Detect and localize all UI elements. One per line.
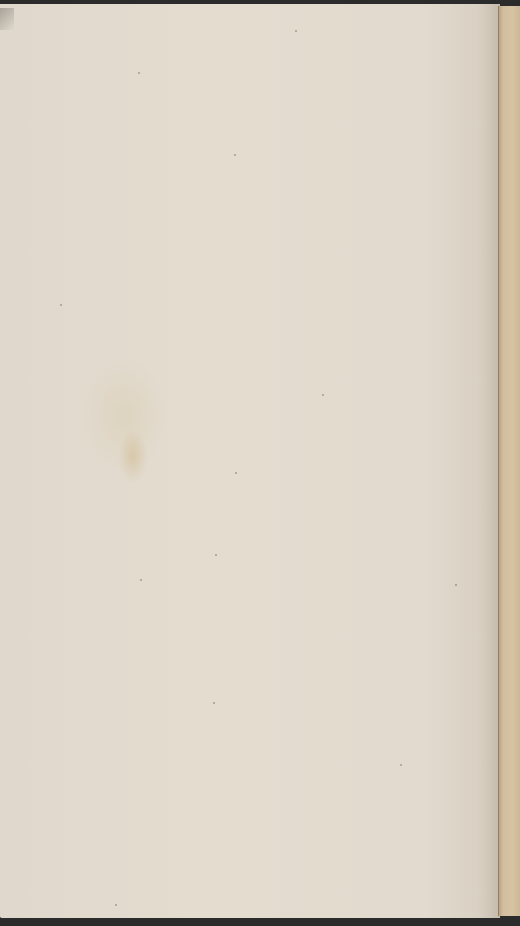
paper-speck [400,764,402,766]
adjacent-page-edge [498,6,520,916]
paper-speck [60,304,62,306]
paper-speck [115,904,117,906]
scan-background [0,0,520,926]
paper-speck [215,554,217,556]
paper-speck [455,584,457,586]
paper-speck [235,472,237,474]
paper-speck [322,394,324,396]
page-corner [0,8,14,30]
paper-stain [118,429,148,484]
paper-speck [138,72,140,74]
paper-speck [234,154,236,156]
paper-speck [140,579,142,581]
paper-speck [295,30,297,32]
blank-page [0,4,500,918]
paper-speck [213,702,215,704]
